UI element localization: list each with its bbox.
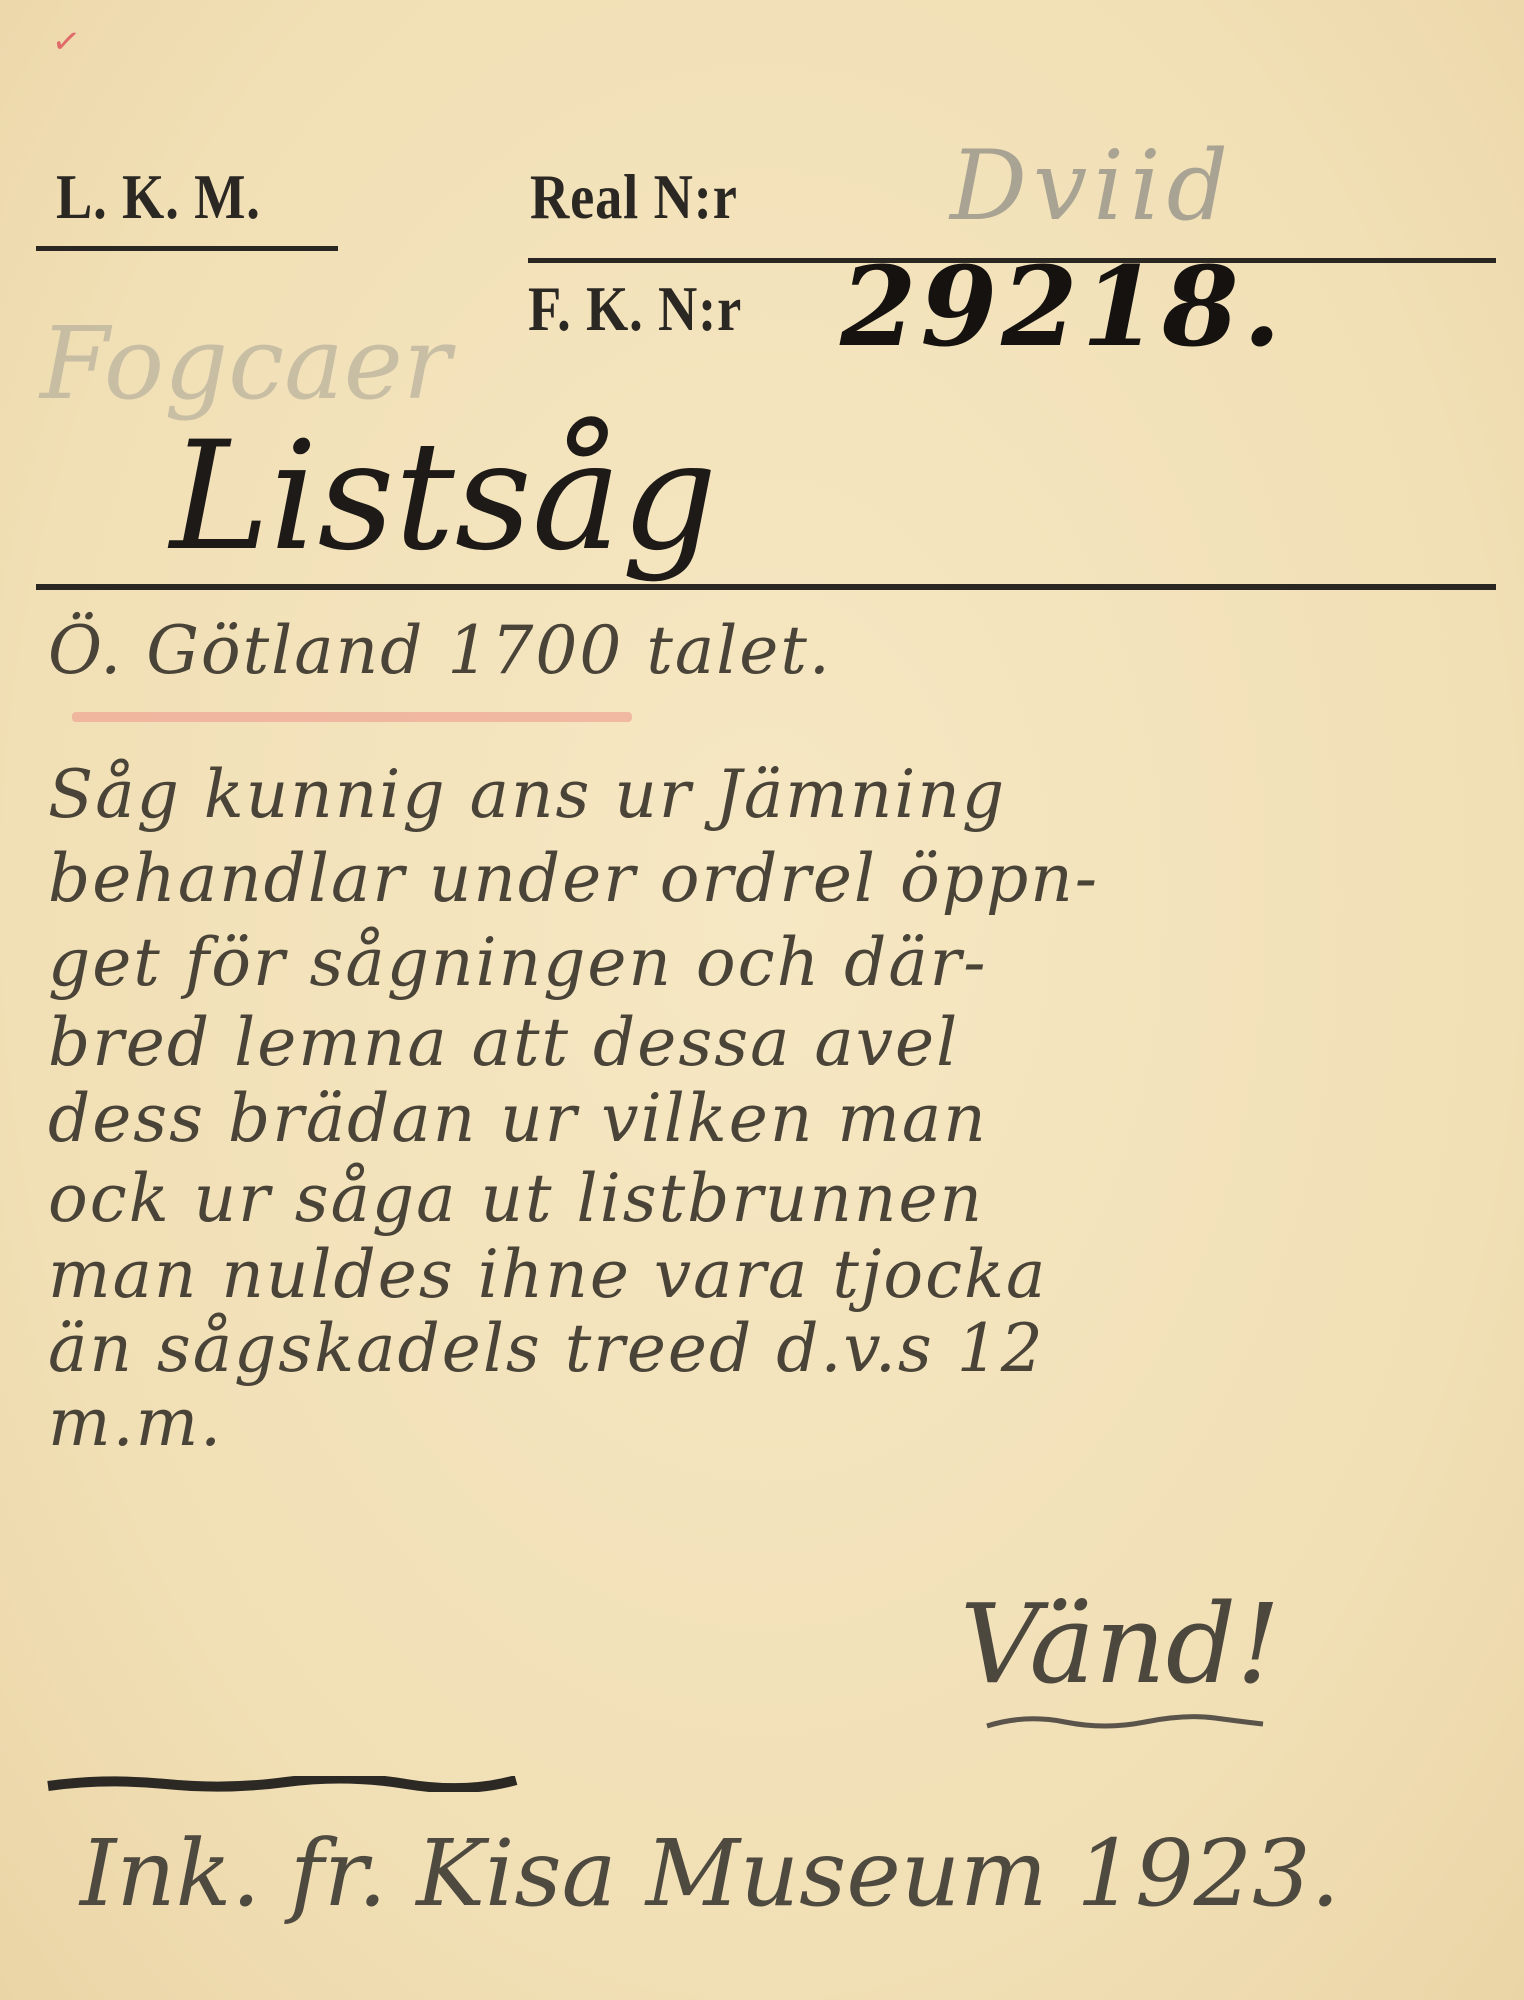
strikethrough-mark xyxy=(46,1776,526,1792)
archive-card: ✓ L. K. M. Real N:r Dviid F. K. N:r 2921… xyxy=(0,0,1524,2000)
real-number-value: Dviid xyxy=(950,130,1234,242)
body-line: bred lemna att dessa avel xyxy=(48,1004,959,1081)
fk-number-label: F. K. N:r xyxy=(528,272,742,346)
body-line: get för sågningen och där- xyxy=(48,924,988,1001)
object-title: Listsåg xyxy=(170,410,717,584)
red-underline xyxy=(72,712,632,722)
fk-number-value: 29218. xyxy=(840,242,1285,371)
body-line: Ö. Götland 1700 talet. xyxy=(48,612,832,689)
faded-annotation: Fogcaer xyxy=(40,305,451,422)
turn-over-note: Vänd! xyxy=(960,1580,1280,1708)
divider xyxy=(36,246,338,251)
body-line: dess brädan ur vilken man xyxy=(48,1080,988,1157)
body-line: m.m. xyxy=(48,1384,223,1461)
real-number-label: Real N:r xyxy=(530,160,738,234)
institution-label: L. K. M. xyxy=(56,160,261,234)
title-divider xyxy=(36,584,1496,590)
body-line: ock ur såga ut listbrunnen xyxy=(48,1160,984,1237)
body-line: behandlar under ordrel öppn- xyxy=(48,840,1099,917)
body-line: än sågskadels treed d.v.s 12 xyxy=(48,1310,1045,1387)
accession-note: Ink. fr. Kisa Museum 1923. xyxy=(80,1820,1340,1927)
body-line: Såg kunnig ans ur Jämning xyxy=(48,756,1006,833)
body-line: man nuldes ihne vara tjocka xyxy=(48,1236,1047,1313)
squiggle-underline xyxy=(985,1712,1265,1732)
check-mark: ✓ xyxy=(49,20,83,64)
